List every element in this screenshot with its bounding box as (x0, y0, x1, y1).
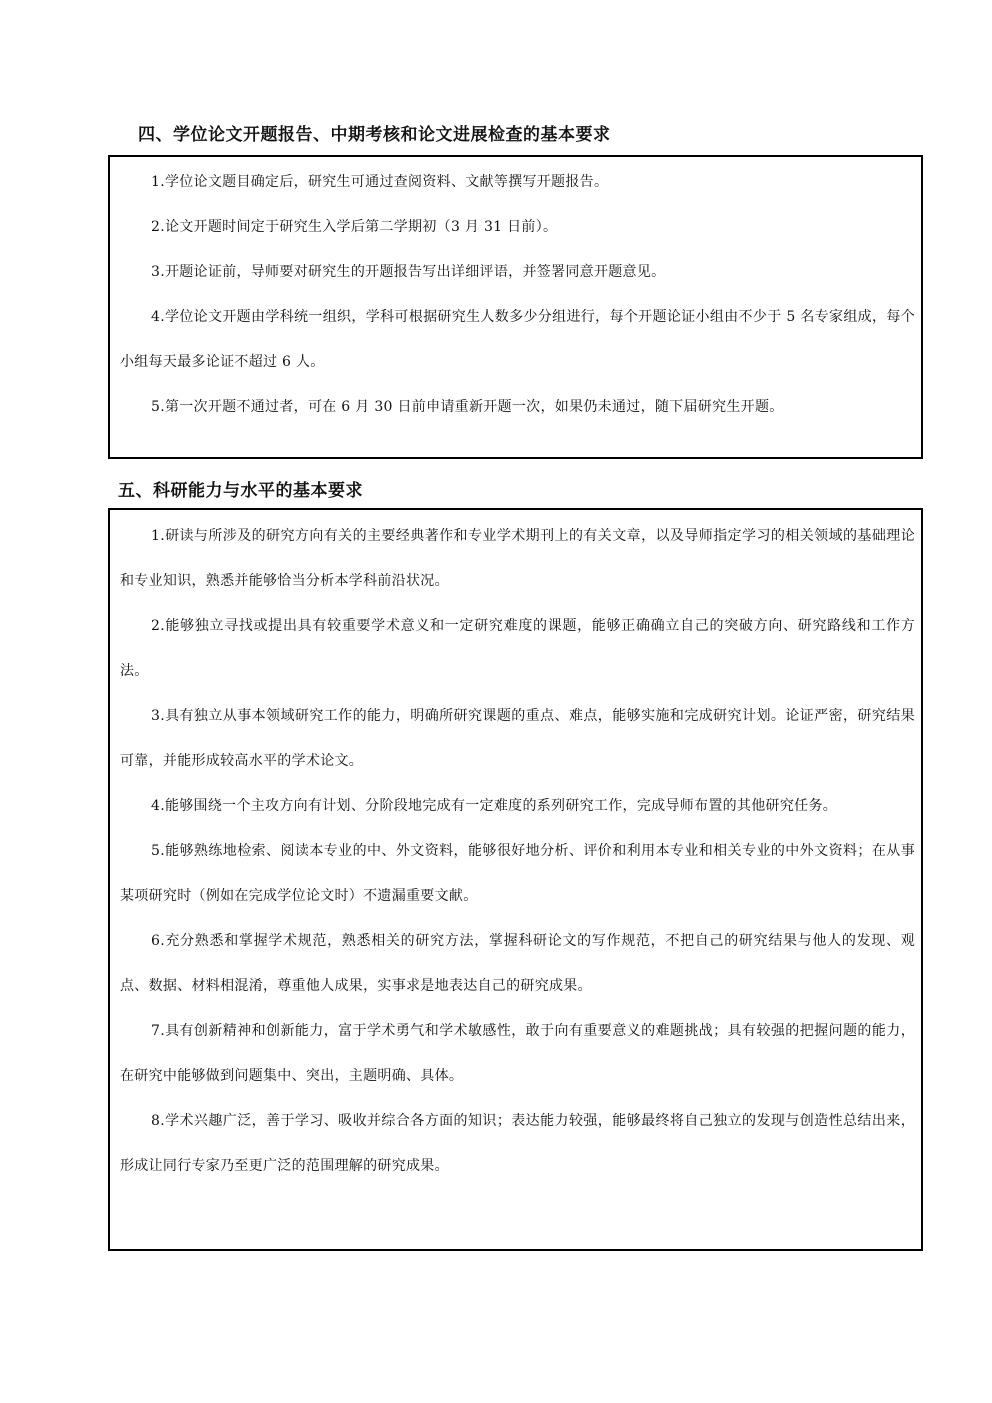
section-5-item-2: 2.能够独立寻找或提出具有较重要学术意义和一定研究难度的课题，能够正确确立自己的… (110, 604, 921, 694)
section-4-item-5: 5.第一次开题不通过者，可在 6 月 30 日前申请重新开题一次，如果仍未通过，… (110, 385, 921, 430)
section-4-list: 1.学位论文题目确定后，研究生可通过查阅资料、文献等撰写开题报告。 2.论文开题… (110, 157, 921, 430)
section-4-heading: 四、学位论文开题报告、中期考核和论文进展检查的基本要求 (138, 120, 611, 145)
section-5-box: 1.研读与所涉及的研究方向有关的主要经典著作和专业学术期刊上的有关文章，以及导师… (108, 508, 923, 1251)
section-5-item-6: 6.充分熟悉和掌握学术规范，熟悉相关的研究方法，掌握科研论文的写作规范，不把自己… (110, 919, 921, 1009)
section-4-item-2: 2.论文开题时间定于研究生入学后第二学期初（3 月 31 日前）。 (110, 205, 921, 250)
section-4-item-4: 4.学位论文开题由学科统一组织，学科可根据研究生人数多少分组进行，每个开题论证小… (110, 295, 921, 385)
section-5-item-1: 1.研读与所涉及的研究方向有关的主要经典著作和专业学术期刊上的有关文章，以及导师… (110, 514, 921, 604)
section-4-item-3: 3.开题论证前，导师要对研究生的开题报告写出详细评语，并签署同意开题意见。 (110, 250, 921, 295)
section-5-item-3: 3.具有独立从事本领域研究工作的能力，明确所研究课题的重点、难点，能够实施和完成… (110, 694, 921, 784)
section-5-item-5: 5.能够熟练地检索、阅读本专业的中、外文资料，能够很好地分析、评价和利用本专业和… (110, 829, 921, 919)
section-5-item-4: 4.能够围绕一个主攻方向有计划、分阶段地完成有一定难度的系列研究工作，完成导师布… (110, 784, 921, 829)
section-5-list: 1.研读与所涉及的研究方向有关的主要经典著作和专业学术期刊上的有关文章，以及导师… (110, 510, 921, 1189)
section-5-item-7: 7.具有创新精神和创新能力，富于学术勇气和学术敏感性，敢于向有重要意义的难题挑战… (110, 1009, 921, 1099)
section-5-heading: 五、科研能力与水平的基本要求 (118, 476, 363, 501)
section-4-item-1: 1.学位论文题目确定后，研究生可通过查阅资料、文献等撰写开题报告。 (110, 160, 921, 205)
section-5-item-8: 8.学术兴趣广泛，善于学习、吸收并综合各方面的知识；表达能力较强，能够最终将自己… (110, 1099, 921, 1189)
section-4-box: 1.学位论文题目确定后，研究生可通过查阅资料、文献等撰写开题报告。 2.论文开题… (108, 155, 923, 459)
